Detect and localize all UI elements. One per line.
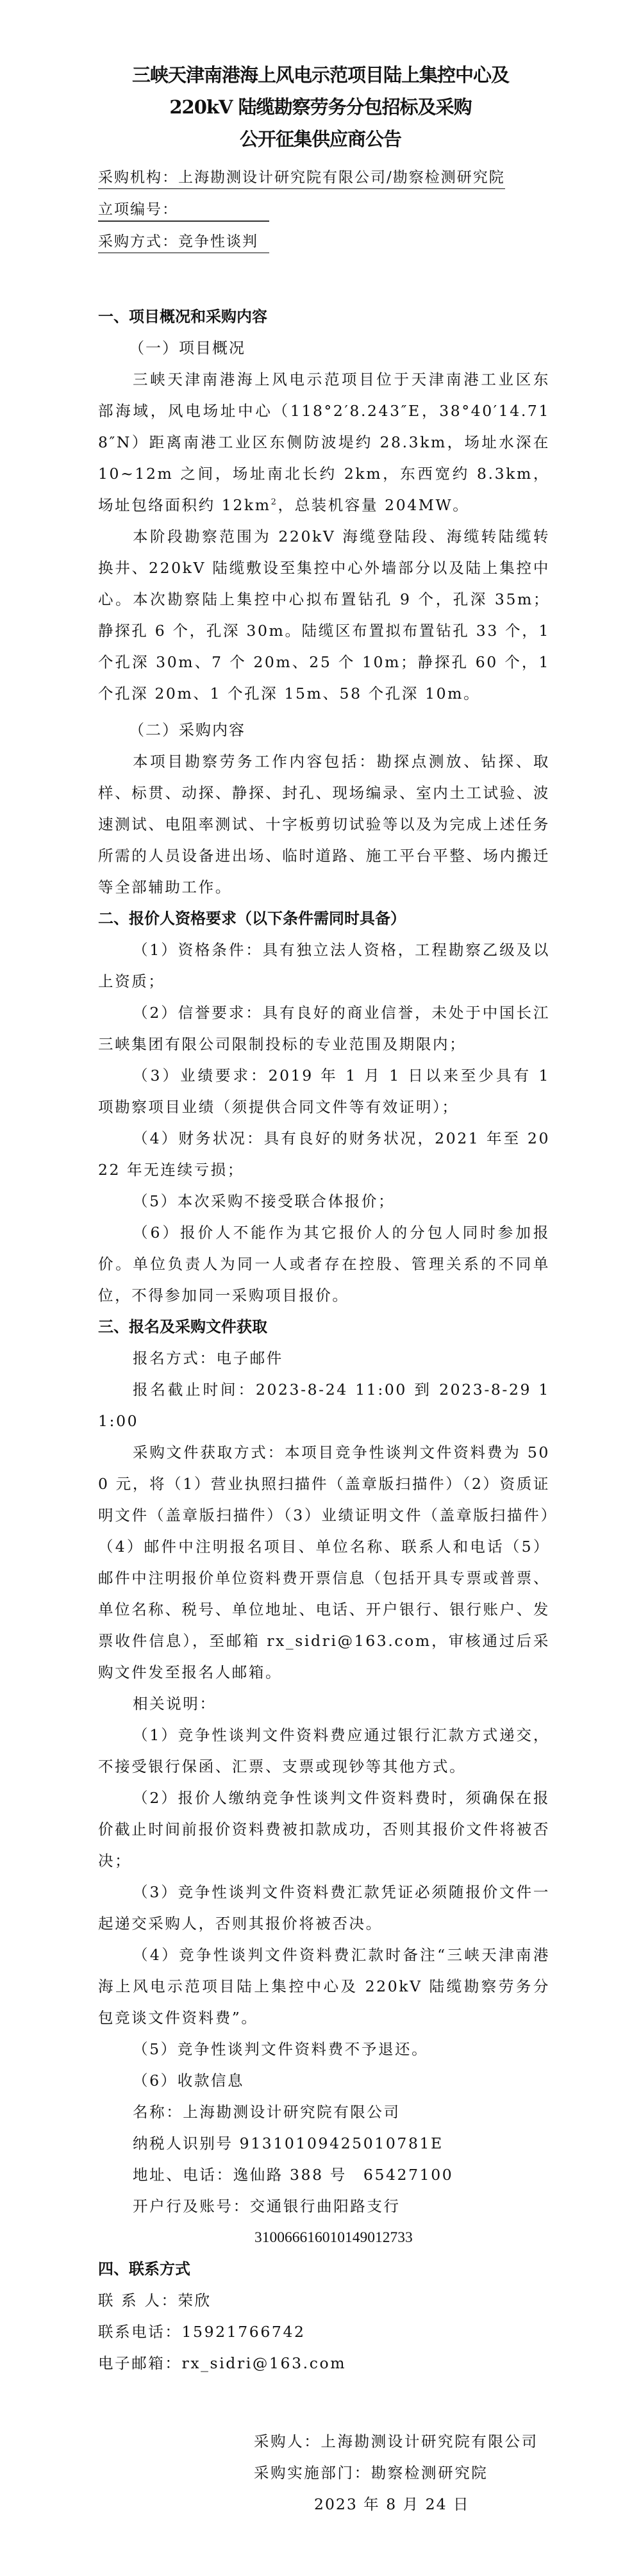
- qualification-item-4: （4）财务状况：具有良好的财务状况，2021 年至 2022 年无连续亏损；: [98, 1123, 550, 1186]
- payment-info-heading: （6）收款信息: [98, 2065, 550, 2097]
- title-line-1: 三峡天津南港海上风电示范项目陆上集控中心及: [0, 62, 641, 88]
- project-number-label: 立项编号：: [98, 201, 178, 218]
- title-line-2: 220kV 陆缆勘察劳务分包招标及采购: [0, 94, 641, 120]
- section-2-heading: 二、报价人资格要求（以下条件需同时具备）: [98, 903, 550, 935]
- signup-method: 报名方式：电子邮件: [98, 1343, 550, 1374]
- section-1-sub-2-heading: （二）采购内容: [98, 715, 550, 746]
- payee-account-number: 310066616010149012733: [98, 2222, 550, 2254]
- note-4: （4）竞争性谈判文件资料费汇款时备注“三峡天津南港海上风电示范项目陆上集控中心及…: [98, 1940, 550, 2034]
- note-3: （3）竞争性谈判文件资料费汇款凭证必须随报价文件一起递交采购人，否则其报价将被否…: [98, 1877, 550, 1940]
- signature-department: 采购实施部门：勘察检测研究院: [254, 2457, 488, 2489]
- procurement-content-paragraph: 本项目勘察劳务工作内容包括：勘探点测放、钻探、取样、标贯、动探、静探、封孔、现场…: [98, 746, 550, 903]
- qualification-item-5: （5）本次采购不接受联合体报价；: [98, 1186, 550, 1217]
- signature-purchaser: 采购人：上海勘测设计研究院有限公司: [254, 2426, 538, 2457]
- payee-address-phone: 地址、电话：逸仙路 388 号 65427100: [98, 2159, 550, 2191]
- section-3-heading: 三、报名及采购文件获取: [98, 1311, 550, 1343]
- overview-text-end: ，总装机容量 204MW。: [278, 496, 469, 514]
- payee-bank: 开户行及账号：交通银行曲阳路支行: [98, 2191, 550, 2222]
- contact-email: 电子邮箱：rx_sidri@163.com: [98, 2348, 550, 2379]
- section-1-sub-1-heading: （一）项目概况: [98, 333, 550, 364]
- contact-phone: 联系电话：15921766742: [98, 2316, 550, 2348]
- announcement-page: 三峡天津南港海上风电示范项目陆上集控中心及 220kV 陆缆勘察劳务分包招标及采…: [0, 0, 641, 2576]
- procurement-method: 采购方式：竞争性谈判: [98, 232, 269, 253]
- project-overview-paragraph: 三峡天津南港海上风电示范项目位于天津南港工业区东部海域，风电场址中心（118°2…: [98, 364, 550, 521]
- payee-tax-id: 纳税人识别号 91310109425010781E: [98, 2128, 550, 2159]
- section-1-heading: 一、项目概况和采购内容: [98, 301, 550, 333]
- qualification-item-3: （3）业绩要求：2019 年 1 月 1 日以来至少具有 1 项勘察项目业绩（须…: [98, 1060, 550, 1123]
- payee-name: 名称：上海勘测设计研究院有限公司: [98, 2097, 550, 2128]
- note-2: （2）报价人缴纳竞争性谈判文件资料费时，须确保在报价截止时间前报价资料费被扣款成…: [98, 1782, 550, 1877]
- section-4-heading: 四、联系方式: [98, 2254, 550, 2285]
- superscript-2: 2: [271, 497, 278, 507]
- signature-date: 2023 年 8 月 24 日: [314, 2489, 470, 2520]
- signup-deadline: 报名截止时间：2023-8-24 11:00 到 2023-8-29 11:00: [98, 1374, 550, 1437]
- procurement-agency: 采购机构：上海勘测设计研究院有限公司/勘察检测研究院: [98, 168, 505, 189]
- notes-heading: 相关说明：: [98, 1688, 550, 1720]
- note-5: （5）竞争性谈判文件资料费不予退还。: [98, 2034, 550, 2065]
- note-1: （1）竞争性谈判文件资料费应通过银行汇款方式递交，不接受银行保函、汇票、支票或现…: [98, 1720, 550, 1782]
- document-access-paragraph: 采购文件获取方式：本项目竞争性谈判文件资料费为 500 元，将（1）营业执照扫描…: [98, 1437, 550, 1688]
- main-content: 一、项目概况和采购内容 （一）项目概况 三峡天津南港海上风电示范项目位于天津南港…: [98, 301, 550, 2379]
- qualification-item-6: （6）报价人不能作为其它报价人的分包人同时参加报价。单位负责人为同一人或者存在控…: [98, 1217, 550, 1311]
- overview-text: 三峡天津南港海上风电示范项目位于天津南港工业区东部海域，风电场址中心（118°2…: [98, 370, 550, 514]
- contact-person: 联 系 人：荣欣: [98, 2285, 550, 2316]
- qualification-item-1: （1）资格条件：具有独立法人资格，工程勘察乙级及以上资质；: [98, 935, 550, 997]
- project-number: 立项编号：: [98, 200, 269, 222]
- qualification-item-2: （2）信誉要求：具有良好的商业信誉，未处于中国长江三峡集团有限公司限制投标的专业…: [98, 997, 550, 1060]
- survey-scope-paragraph: 本阶段勘察范围为 220kV 海缆登陆段、海缆转陆缆转换井、220kV 陆缆敷设…: [98, 521, 550, 710]
- title-line-3: 公开征集供应商公告: [0, 126, 641, 153]
